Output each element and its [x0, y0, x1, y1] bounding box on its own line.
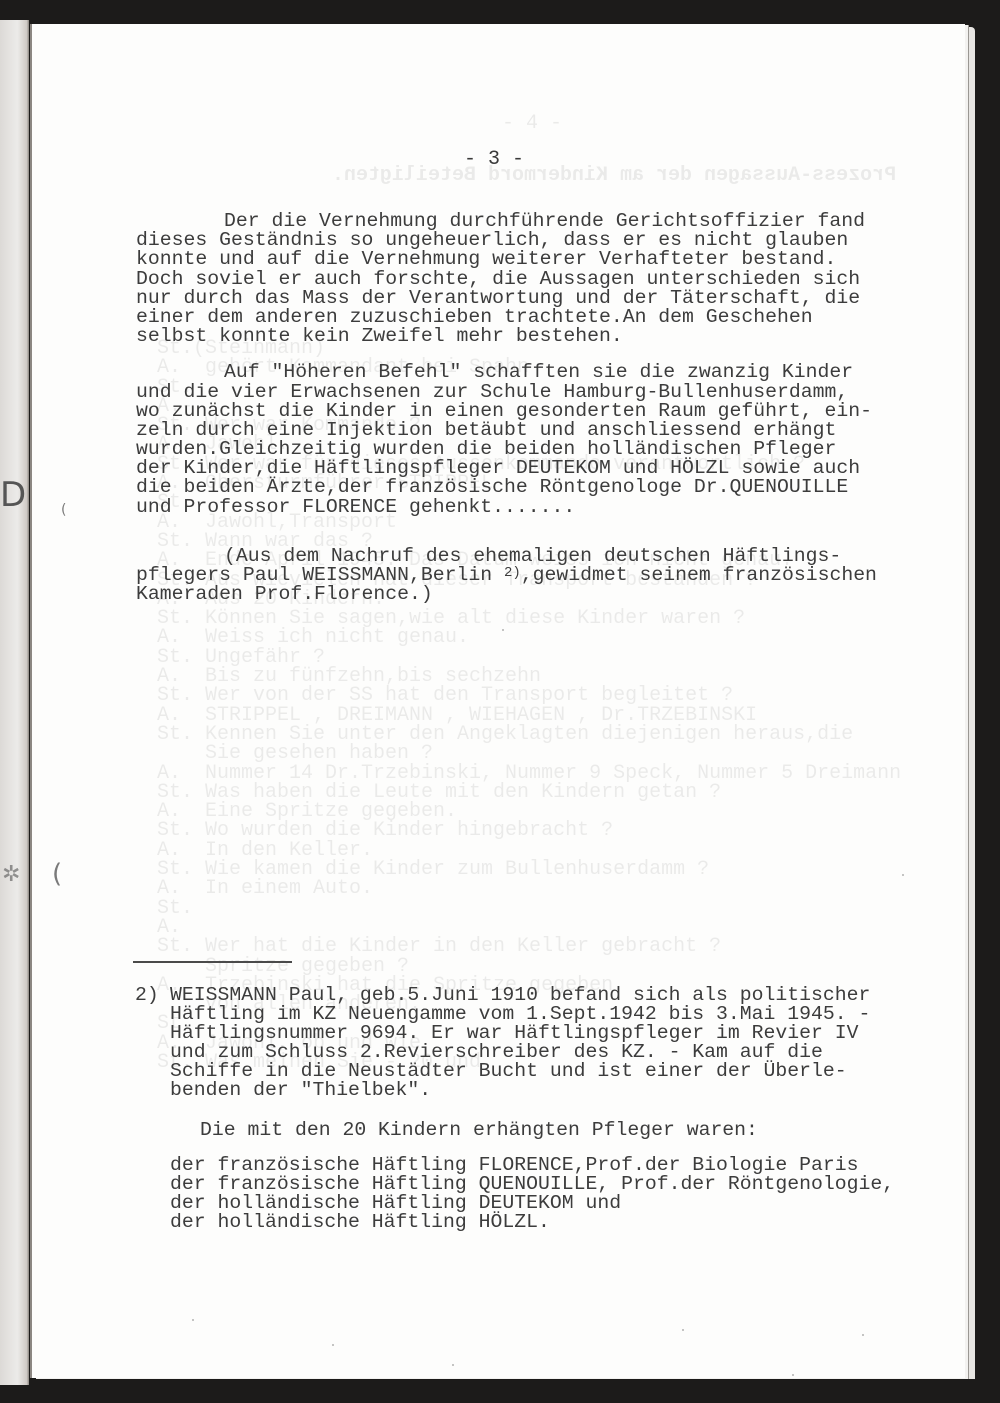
list-item: der holländische Häftling HÖLZL.	[170, 1213, 930, 1232]
text-line: Auf "Höheren Befehl" schafften sie die z…	[136, 363, 916, 382]
text-line: die beiden Ärzte,der französische Röntge…	[136, 478, 916, 497]
bleed-through-title: Prozess-Aussagen der am Kindermord Betei…	[332, 166, 896, 185]
document-page: - 4 - Prozess-Aussagen der am Kindermord…	[30, 24, 965, 1378]
list-heading: Die mit den 20 Kindern erhängten Pfleger…	[170, 1121, 930, 1140]
footnote-number: 2)	[135, 986, 170, 1005]
page-number: - 3 -	[464, 148, 524, 171]
paragraph-execution: Auf "Höheren Befehl" schafften sie die z…	[136, 363, 916, 517]
text-line: benden der "Thielbek".	[135, 1081, 915, 1100]
text-line: wo zunächst die Kinder in einen gesonder…	[136, 402, 916, 421]
adjacent-page-letter-mark: D	[0, 475, 26, 515]
text-line: Kameraden Prof.Florence.)	[136, 585, 916, 604]
footnote-reference[interactable]: 2)	[504, 565, 521, 581]
text-line: konnte und auf die Vernehmung weiterer V…	[136, 250, 916, 269]
margin-tick-mark: (	[61, 502, 66, 518]
margin-circle-mark: (	[52, 859, 62, 889]
caretakers-list: Die mit den 20 Kindern erhängten Pfleger…	[170, 1121, 930, 1231]
paragraph-attribution: (Aus dem Nachruf des ehemaligen deutsche…	[136, 547, 916, 605]
footnote: 2)WEISSMANN Paul, geb.5.Juni 1910 befand…	[135, 986, 915, 1101]
bleed-through-header: - 4 -	[502, 114, 562, 133]
list-item: der holländische Häftling DEUTEKOM und	[170, 1194, 930, 1213]
paragraph-interrogation: Der die Vernehmung durchführende Gericht…	[136, 212, 916, 346]
adjacent-page-edge: D ✲	[0, 20, 29, 1385]
adjacent-page-smudge: ✲	[2, 862, 20, 887]
text-segment: ,gewidmet seinem französischen	[521, 564, 877, 586]
list-item: der französische Häftling QUENOUILLE, Pr…	[170, 1175, 930, 1194]
body-text: Der die Vernehmung durchführende Gericht…	[136, 212, 916, 604]
list-item: der französische Häftling FLORENCE,Prof.…	[170, 1156, 930, 1175]
text-line: und die vier Erwachsenen zur Schule Hamb…	[136, 383, 916, 402]
text-line: selbst konnte kein Zweifel mehr bestehen…	[136, 327, 916, 346]
text-line: Doch soviel er auch forschte, die Aussag…	[136, 270, 916, 289]
footnote-divider	[133, 961, 292, 963]
text-line: und Professor FLORENCE gehenkt.......	[136, 498, 916, 517]
